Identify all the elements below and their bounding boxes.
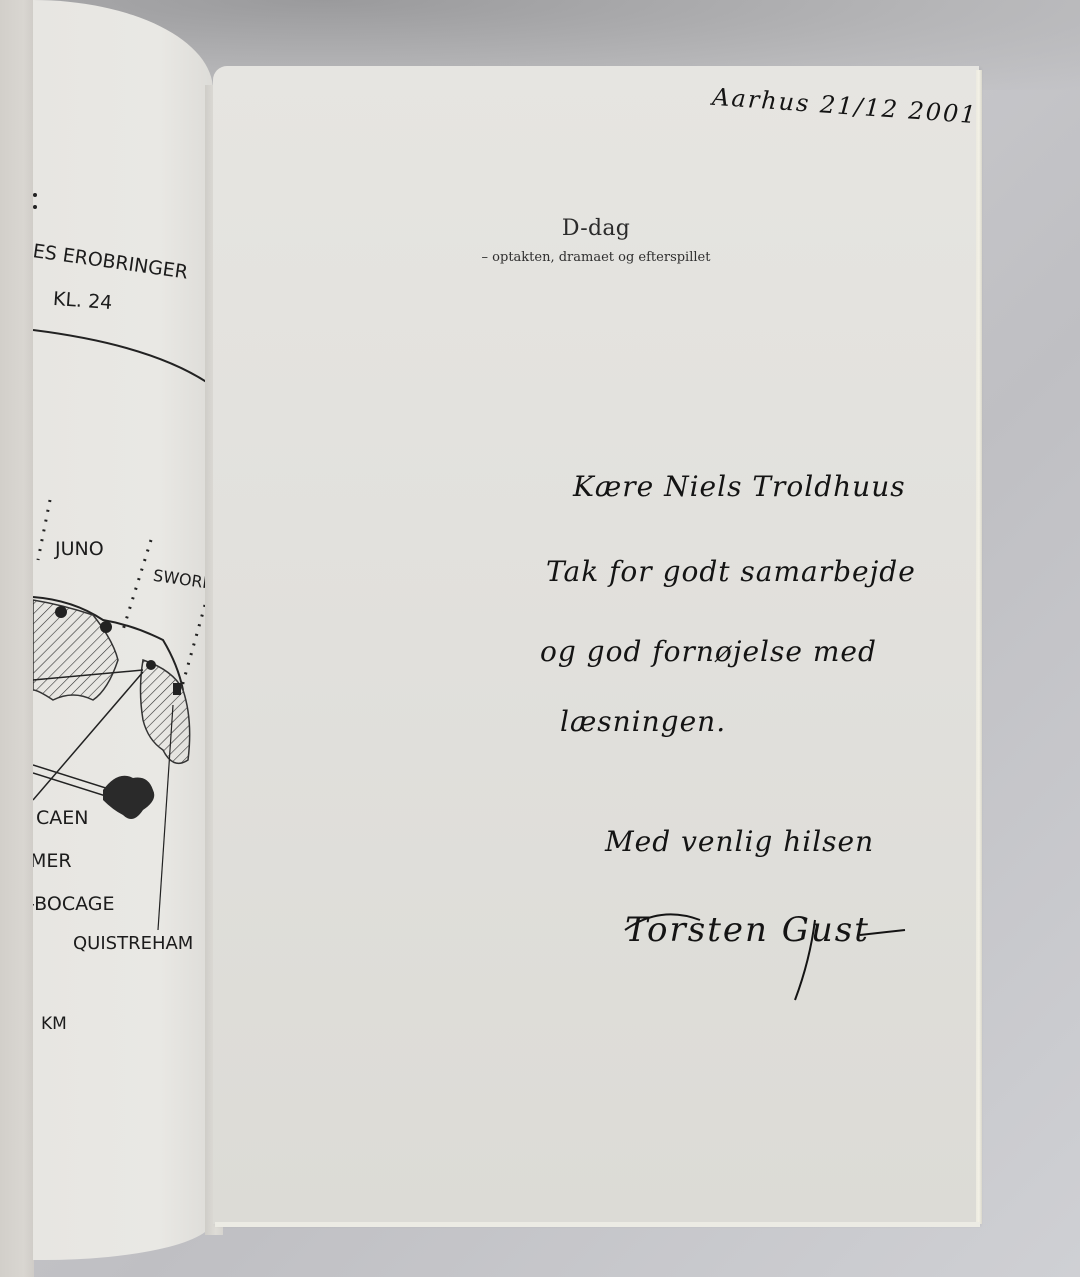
book-subtitle: – optakten, dramaet og efterspillet [213, 250, 979, 265]
left-page-map: ES EROBRINGER KL. 24 JUNO SWORD CAEN MER… [33, 0, 213, 1260]
map-label-bocage: -BOCAGE [33, 893, 115, 915]
map-drawing [33, 0, 213, 1260]
book-title: D-dag [213, 216, 979, 241]
dedication-line-3: og god fornøjelse med [540, 635, 877, 668]
left-page-edge [0, 0, 34, 1277]
dedication-line-1: Kære Niels Troldhuus [573, 470, 906, 503]
dedication-line-4: læsningen. [560, 705, 726, 738]
page-stack-edge [976, 70, 982, 1224]
map-label-caen: CAEN [36, 807, 88, 829]
map-label-quistreham: QUISTREHAM [73, 933, 193, 954]
dedication-line-2: Tak for godt samarbejde [546, 555, 916, 588]
signature-flourish [620, 900, 920, 1010]
book-photo: ES EROBRINGER KL. 24 JUNO SWORD CAEN MER… [0, 0, 1080, 1277]
map-label-scale: KM [41, 1014, 67, 1034]
dedication-closing: Med venlig hilsen [605, 825, 874, 858]
map-label-mer: MER [33, 850, 72, 872]
map-heading-line2: KL. 24 [52, 288, 113, 314]
map-label-juno: JUNO [55, 538, 104, 560]
page-stack-bottom [215, 1222, 980, 1227]
